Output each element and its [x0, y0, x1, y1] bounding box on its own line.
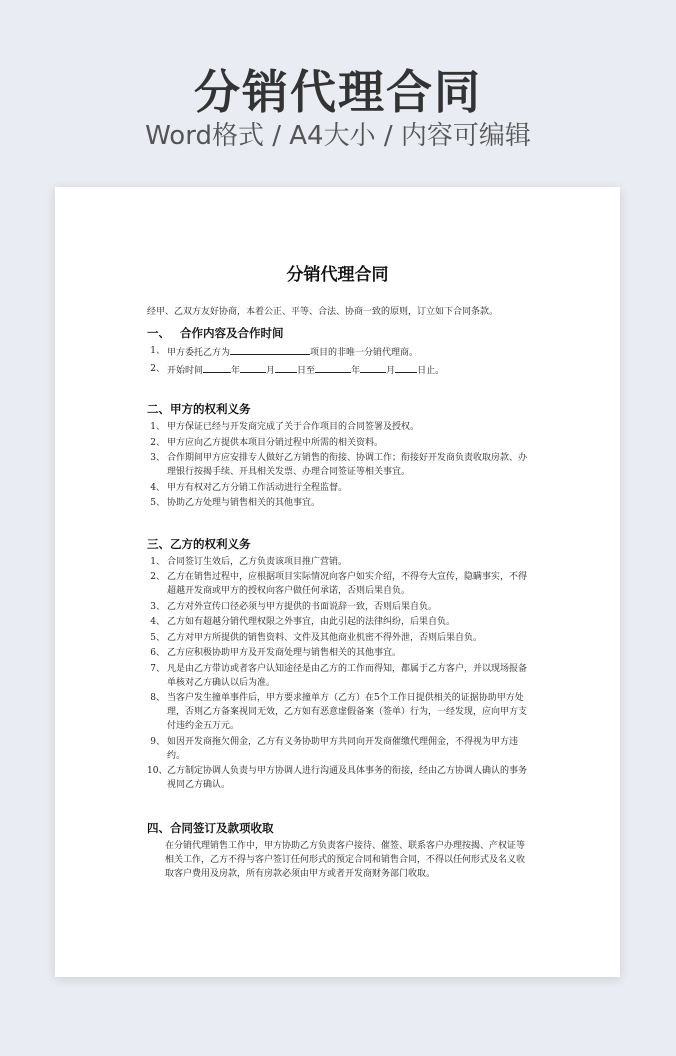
- list-item: 1、 甲方委托乙方为项目的非唯一分销代理商。: [147, 344, 532, 360]
- section-title: 合作内容及合作时间: [180, 326, 284, 340]
- fill-blank-start-month[interactable]: [240, 362, 266, 373]
- section-2-list: 1、甲方保证已经与开发商完成了关于合作项目的合同签署及授权。 2、甲方应向乙方提…: [147, 420, 532, 510]
- section-heading-1: 一、合作内容及合作时间: [147, 325, 532, 341]
- section-heading-4: 四、合同签订及款项收取: [147, 820, 532, 836]
- fill-blank-start-day[interactable]: [275, 362, 297, 373]
- fill-blank-project[interactable]: [230, 344, 310, 355]
- list-item: 2、甲方应向乙方提供本项目分销过程中所需的相关资料。: [147, 436, 532, 450]
- list-item: 5、乙方对甲方所提供的销售资料、文件及其他商业机密不得外泄，否则后果自负。: [147, 631, 532, 645]
- section-heading-3: 三、乙方的权利义务: [147, 536, 532, 552]
- list-item: 5、协助乙方处理与销售相关的其他事宜。: [147, 496, 532, 510]
- list-item: 10、乙方制定协调人负责与甲方协调人进行沟通及具体事务的衔接，经由乙方协调人确认…: [147, 764, 532, 792]
- list-item: 6、乙方应积极协助甲方及开发商处理与销售相关的其他事宜。: [147, 646, 532, 660]
- list-item: 7、凡是由乙方带访或者客户认知途径是由乙方的工作而得知，都属于乙方客户，并以现场…: [147, 662, 532, 690]
- list-item: 2、乙方在销售过程中，应根据项目实际情况向客户如实介绍，不得夸大宣传，隐瞒事实，…: [147, 570, 532, 598]
- section-3-list: 1、合同签订生效后，乙方负责该项目推广营销。 2、乙方在销售过程中，应根据项目实…: [147, 555, 532, 793]
- fill-blank-end-day[interactable]: [395, 362, 417, 373]
- list-item: 4、乙方如有超越分销代理权限之外事宜，由此引起的法律纠纷，后果自负。: [147, 615, 532, 629]
- banner-title: 分销代理合同: [0, 62, 676, 122]
- intro-paragraph: 经甲、乙双方友好协商，本着公正、平等、合法、协商一致的原则，订立如下合同条款。: [147, 305, 532, 319]
- section-4-paragraph: 在分销代理销售工作中，甲方协助乙方负责客户接待、催签、联系客户办理按揭、产权证等…: [147, 839, 532, 881]
- list-item: 1、合同签订生效后，乙方负责该项目推广营销。: [147, 555, 532, 569]
- list-item: 2、 开始时间年月日至年月日止。: [147, 362, 532, 378]
- list-item: 1、甲方保证已经与开发商完成了关于合作项目的合同签署及授权。: [147, 420, 532, 434]
- list-item: 8、当客户发生撞单事件后，甲方要求撞单方（乙方）在5个工作日提供相关的证据协助甲…: [147, 691, 532, 733]
- fill-blank-end-month[interactable]: [360, 362, 386, 373]
- document-body: 经甲、乙双方友好协商，本着公正、平等、合法、协商一致的原则，订立如下合同条款。 …: [147, 305, 532, 881]
- list-item: 4、甲方有权对乙方分销工作活动进行全程监督。: [147, 481, 532, 495]
- list-item: 3、合作期间甲方应安排专人做好乙方销售的衔接、协调工作；衔接好开发商负责收取房款…: [147, 451, 532, 479]
- list-item: 9、如因开发商拖欠佣金，乙方有义务协助甲方共同向开发商催缴代理佣金，不得视为甲方…: [147, 735, 532, 763]
- document-title: 分销代理合同: [55, 263, 620, 287]
- section-number: 一、: [147, 325, 180, 341]
- fill-blank-start-year[interactable]: [203, 362, 231, 373]
- list-item: 3、乙方对外宣传口径必须与甲方提供的书面说辞一致，否则后果自负。: [147, 600, 532, 614]
- banner-subtitle: Word格式 / A4大小 / 内容可编辑: [0, 118, 676, 154]
- section-heading-2: 二、甲方的权利义务: [147, 401, 532, 417]
- fill-blank-end-year[interactable]: [315, 362, 351, 373]
- section-1-list: 1、 甲方委托乙方为项目的非唯一分销代理商。 2、 开始时间年月日至年月日止。: [147, 344, 532, 378]
- document-page: 分销代理合同 经甲、乙双方友好协商，本着公正、平等、合法、协商一致的原则，订立如…: [55, 187, 620, 977]
